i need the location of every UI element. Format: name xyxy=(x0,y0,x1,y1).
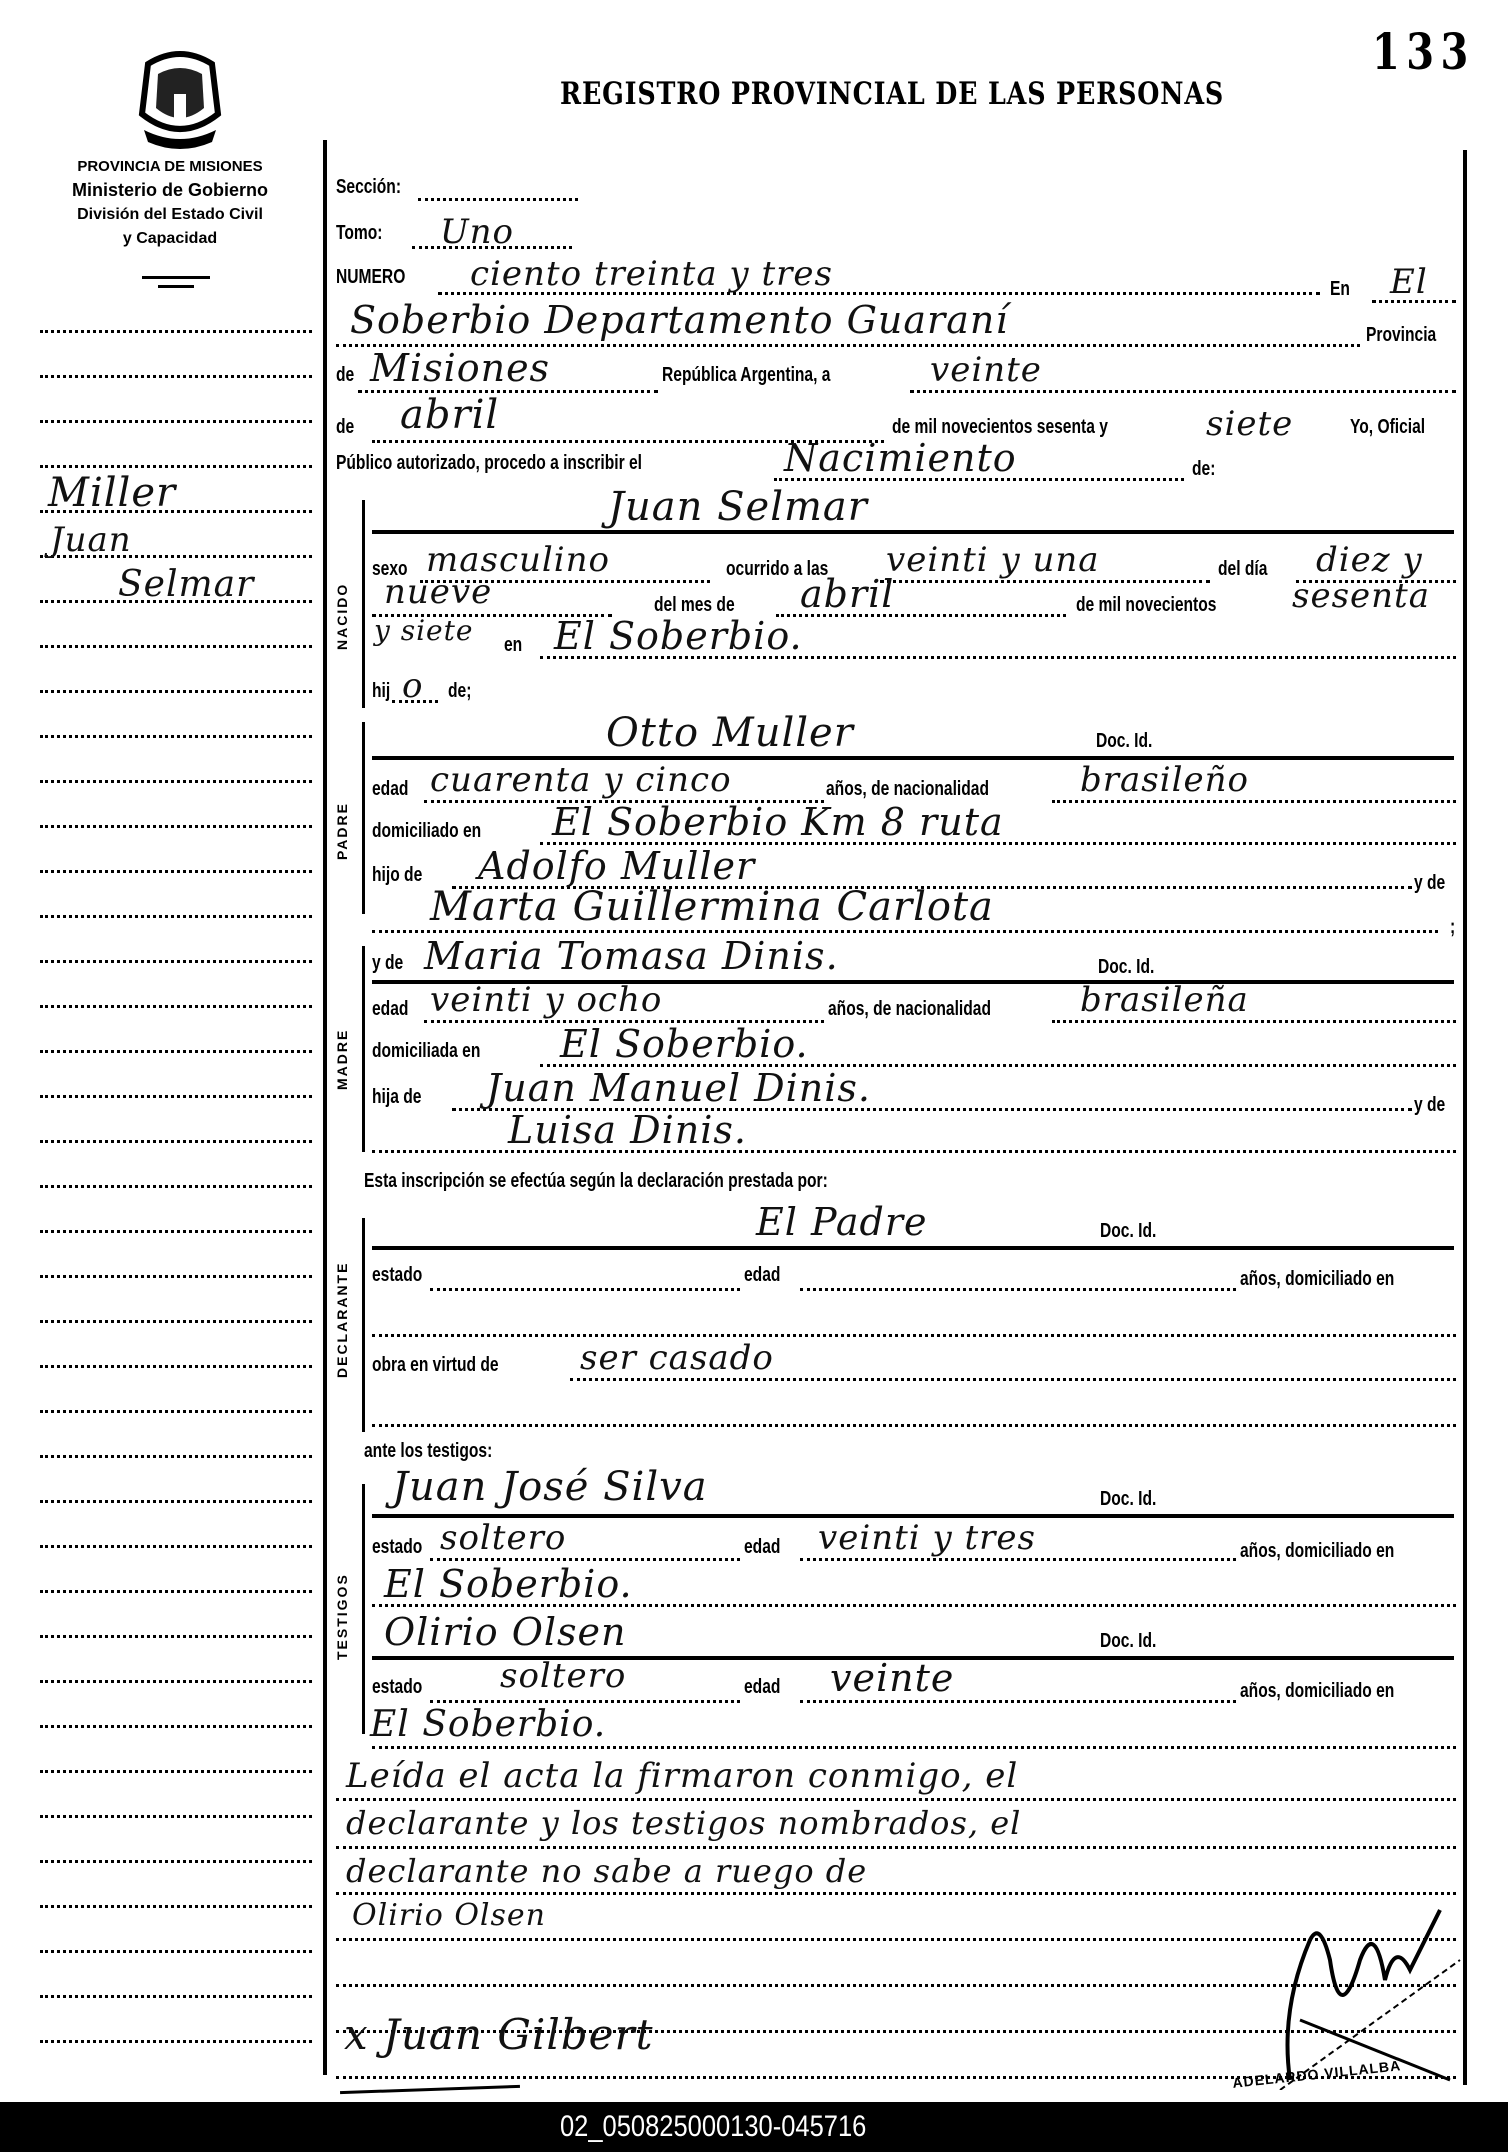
testigo-2-domicilio-label: años, domiciliado en xyxy=(1240,1680,1394,1703)
nacido-name-field[interactable] xyxy=(372,530,1454,534)
padre-yde-label: y de xyxy=(1414,872,1445,895)
padre-nacionalidad-label: años, de nacionalidad xyxy=(826,778,989,801)
dia-value-1: diez y xyxy=(1316,540,1423,580)
madre-bracket xyxy=(362,946,365,1152)
declarante-domicilio-field[interactable] xyxy=(372,1334,1456,1337)
testigo-2-estado-field[interactable] xyxy=(430,1700,740,1703)
testigo-1-edad-value: veinti y tres xyxy=(818,1518,1036,1558)
signature-declarante: x Juan Gilbert xyxy=(344,2010,653,2059)
testigo-1-domicilio-label: años, domiciliado en xyxy=(1240,1540,1394,1563)
testigo-2-doc-label: Doc. Id. xyxy=(1100,1630,1156,1653)
testigo-2-name: Olirio Olsen xyxy=(384,1610,627,1654)
provincia-value: Misiones xyxy=(370,346,550,390)
padre-madre-field[interactable] xyxy=(372,930,1438,933)
anio-value-2: y siete xyxy=(374,614,473,647)
lugar-value: El Soberbio. xyxy=(554,614,803,658)
org-division-2: y Capacidad xyxy=(20,230,320,248)
en-label-2: en xyxy=(504,634,522,657)
declarante-side-label: DECLARANTE xyxy=(334,1262,350,1378)
padre-bracket xyxy=(362,722,365,914)
madre-nacionalidad-label: años, de nacionalidad xyxy=(828,998,991,1021)
testigo-1-edad-label: edad xyxy=(744,1536,780,1559)
testigo-1-estado-field[interactable] xyxy=(430,1558,740,1561)
madre-nacionalidad-value: brasileña xyxy=(1080,980,1249,1020)
oficial-label: Yo, Oficial xyxy=(1350,416,1425,439)
dia-value-2: nueve xyxy=(384,572,492,612)
tomo-value: Uno xyxy=(440,212,514,252)
padre-domicilio-value: El Soberbio Km 8 ruta xyxy=(552,800,1004,844)
declarante-obra-field[interactable] xyxy=(570,1378,1456,1381)
madre-name: Maria Tomasa Dinis. xyxy=(424,934,839,978)
page-title: REGISTRO PROVINCIAL DE LAS PERSONAS xyxy=(560,76,1224,112)
margin-given-name: Juan xyxy=(50,520,132,560)
declarante-intro: Esta inscripción se efectúa según la dec… xyxy=(364,1170,828,1193)
madre-yde2-label: y de xyxy=(1414,1094,1445,1117)
mes-value: abril xyxy=(400,392,499,438)
margin-middle-name: Selmar xyxy=(118,564,254,605)
testigos-bracket xyxy=(362,1484,365,1734)
padre-hijo-value: Adolfo Muller xyxy=(478,844,755,888)
padre-semicolon: ; xyxy=(1450,916,1455,939)
testigo-1-doc-label: Doc. Id. xyxy=(1100,1488,1156,1511)
declarante-obra-value: ser casado xyxy=(580,1338,774,1378)
page-number: 133 xyxy=(1372,22,1475,81)
closing-text-4: Olirio Olsen xyxy=(352,1898,546,1933)
madre-domicilio-value: El Soberbio. xyxy=(560,1022,809,1066)
seccion-field[interactable] xyxy=(418,198,578,201)
de-label: de xyxy=(336,364,354,387)
numero-value: ciento treinta y tres xyxy=(470,254,833,294)
testigo-2-domicilio-value: El Soberbio. xyxy=(370,1704,606,1745)
madre-yde-label: y de xyxy=(372,952,403,975)
testigo-2-estado-label: estado xyxy=(372,1676,422,1699)
madre-side-label: MADRE xyxy=(334,1029,350,1090)
en-value: El xyxy=(1390,262,1428,302)
right-border xyxy=(1463,150,1467,2085)
closing-text-2: declarante y los testigos nombrados, el xyxy=(346,1804,1021,1842)
day-field[interactable] xyxy=(910,390,1456,393)
padre-doc-label: Doc. Id. xyxy=(1096,730,1152,753)
madre-doc-label: Doc. Id. xyxy=(1098,956,1154,979)
declarante-estado-label: estado xyxy=(372,1264,422,1287)
padre-edad-value: cuarenta y cinco xyxy=(430,760,732,800)
tomo-label: Tomo: xyxy=(336,222,382,245)
signature-underline xyxy=(340,2085,520,2094)
testigo-1-name: Juan José Silva xyxy=(392,1464,708,1510)
testigo-1-edad-field[interactable] xyxy=(800,1558,1236,1561)
padre-madre-value: Marta Guillermina Carlota xyxy=(430,884,994,930)
hij-value: o xyxy=(402,666,423,706)
madre-domicilio-label: domiciliada en xyxy=(372,1040,480,1063)
org-province: PROVINCIA DE MISIONES xyxy=(20,158,320,175)
padre-side-label: PADRE xyxy=(334,802,350,860)
closing-line-3[interactable] xyxy=(336,1892,1456,1895)
mes-label: de xyxy=(336,416,354,439)
testigo-2-estado-value: soltero xyxy=(500,1656,626,1696)
testigos-intro: ante los testigos: xyxy=(364,1440,492,1463)
day-value: veinte xyxy=(930,350,1042,390)
de-colon-label: de: xyxy=(1192,458,1215,481)
testigo-2-edad-field[interactable] xyxy=(800,1700,1236,1703)
publico-label: Público autorizado, procedo a inscribir … xyxy=(336,452,642,475)
place-value: Soberbio Departamento Guaraní xyxy=(350,298,1009,342)
closing-text-1: Leída el acta la firmaron conmigo, el xyxy=(346,1756,1018,1796)
declarante-extra-field[interactable] xyxy=(372,1424,1456,1427)
dia-label: del día xyxy=(1218,558,1267,581)
hij-de-label: de; xyxy=(448,680,471,703)
footer-bar: 02_050825000130-045716 xyxy=(0,2102,1508,2152)
closing-line-2[interactable] xyxy=(336,1846,1456,1849)
declarante-estado-field[interactable] xyxy=(430,1288,740,1291)
madre-hija-value: Juan Manuel Dinis. xyxy=(486,1066,871,1110)
provincia-label: Provincia xyxy=(1366,324,1436,347)
madre-hija-label: hija de xyxy=(372,1086,421,1109)
testigo-1-estado-value: soltero xyxy=(440,1518,566,1558)
padre-nacionalidad-value: brasileño xyxy=(1080,760,1249,800)
padre-edad-label: edad xyxy=(372,778,408,801)
nacido-bracket xyxy=(362,500,365,708)
hij-label: hij xyxy=(372,680,390,703)
declarante-edad-label: edad xyxy=(744,1264,780,1287)
coat-of-arms-icon xyxy=(130,44,230,150)
testigo-2-edad-label: edad xyxy=(744,1676,780,1699)
org-divider xyxy=(142,276,210,279)
testigo-2-edad-value: veinte xyxy=(830,1656,954,1700)
margin-surname: Miller xyxy=(48,470,176,516)
hora-field[interactable] xyxy=(880,580,1210,583)
declarante-doc-label: Doc. Id. xyxy=(1100,1220,1156,1243)
declarante-obra-label: obra en virtud de xyxy=(372,1354,499,1377)
padre-hijo-label: hijo de xyxy=(372,864,422,887)
org-division: División del Estado Civil xyxy=(20,206,320,224)
nacido-name: Juan Selmar xyxy=(608,484,868,530)
closing-line-1[interactable] xyxy=(336,1798,1456,1801)
declarante-edad-field[interactable] xyxy=(800,1288,1236,1291)
file-id: 02_050825000130-045716 xyxy=(560,2110,866,2144)
testigo-2-domicilio-field[interactable] xyxy=(372,1746,1456,1749)
madre-edad-label: edad xyxy=(372,998,408,1021)
madre-nacionalidad-field[interactable] xyxy=(1052,1020,1456,1023)
left-border xyxy=(323,140,327,2075)
hora-value: veinti y una xyxy=(886,540,1100,580)
closing-text-3: declarante no sabe a ruego de xyxy=(346,1852,867,1890)
acto-value: Nacimiento xyxy=(784,436,1017,480)
declarante-bracket xyxy=(362,1218,365,1432)
year-value: siete xyxy=(1206,404,1293,444)
seccion-label: Sección: xyxy=(336,176,401,199)
padre-nacionalidad-field[interactable] xyxy=(1052,800,1456,803)
en-label: En xyxy=(1330,278,1350,301)
anio-value-1: sesenta xyxy=(1292,576,1430,616)
nacido-side-label: NACIDO xyxy=(334,583,350,650)
declarante-domicilio-label: años, domiciliado en xyxy=(1240,1268,1394,1291)
declarante-name: El Padre xyxy=(756,1200,927,1244)
testigo-1-estado-label: estado xyxy=(372,1536,422,1559)
numero-label: NUMERO xyxy=(336,266,405,289)
declarante-name-field[interactable] xyxy=(372,1246,1454,1250)
nacido-mes-value: abril xyxy=(800,572,894,616)
testigos-side-label: TESTIGOS xyxy=(334,1573,350,1660)
org-ministry: Ministerio de Gobierno xyxy=(20,180,320,201)
testigo-1-domicilio-value: El Soberbio. xyxy=(384,1562,633,1606)
anio-label: de mil novecientos xyxy=(1076,594,1216,617)
madre-madre-value: Luisa Dinis. xyxy=(508,1108,747,1152)
padre-domicilio-label: domiciliado en xyxy=(372,820,481,843)
org-divider-2 xyxy=(158,285,194,288)
madre-edad-value: veinti y ocho xyxy=(430,980,662,1020)
republica-label: República Argentina, a xyxy=(662,364,830,387)
padre-name: Otto Muller xyxy=(606,710,854,756)
